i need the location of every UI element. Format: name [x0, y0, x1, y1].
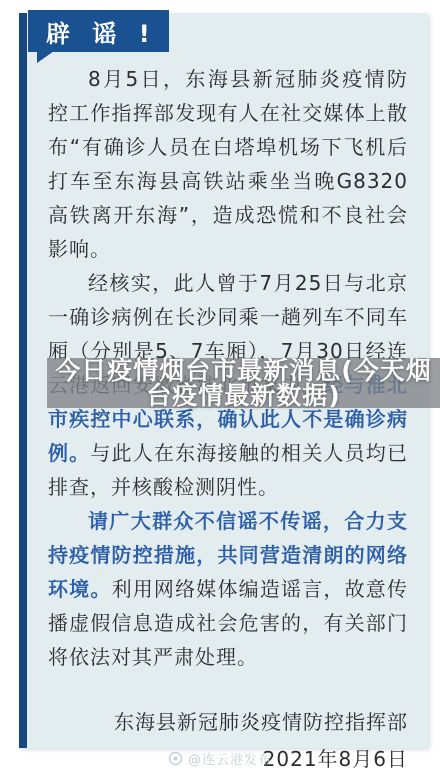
signature-organization: 东海县新冠肺炎疫情防控指挥部 [48, 704, 408, 741]
paragraph-3: 请广大群众不信谣不传谣，合力支持疫情防控措施，共同营造清朗的网络环境。利用网络媒… [48, 504, 408, 674]
paragraph-1: 8月5日，东海县新冠肺炎疫情防控工作指挥部发现有人在社交媒体上散布“有确诊人员在… [48, 62, 408, 266]
watermark-handle: @连云港发布 [188, 749, 272, 768]
caption-line-1: 今日疫情烟台市最新消息(今天烟 [55, 358, 431, 383]
caption-line-2: 台疫情最新数据) [146, 383, 340, 408]
paragraph-2-text-normal-2: 与此人在东海接触的相关人员均已排查，并核酸检测阴性。 [48, 441, 408, 499]
caption-overlay: 今日疫情烟台市最新消息(今天烟 台疫情最新数据) [47, 358, 440, 408]
watermark: @连云港发布 [0, 749, 440, 768]
notice-image: 辟 谣 ! 8月5日，东海县新冠肺炎疫情防控工作指挥部发现有人在社交媒体上散布“… [0, 0, 440, 775]
watermark-logo-icon [168, 751, 183, 766]
badge-label: 辟 谣 ! [46, 14, 157, 49]
paragraph-1-text: 8月5日，东海县新冠肺炎疫情防控工作指挥部发现有人在社交媒体上散布“有确诊人员在… [48, 67, 408, 261]
badge-tail [37, 51, 54, 63]
refute-rumor-badge: 辟 谣 ! [28, 10, 169, 52]
